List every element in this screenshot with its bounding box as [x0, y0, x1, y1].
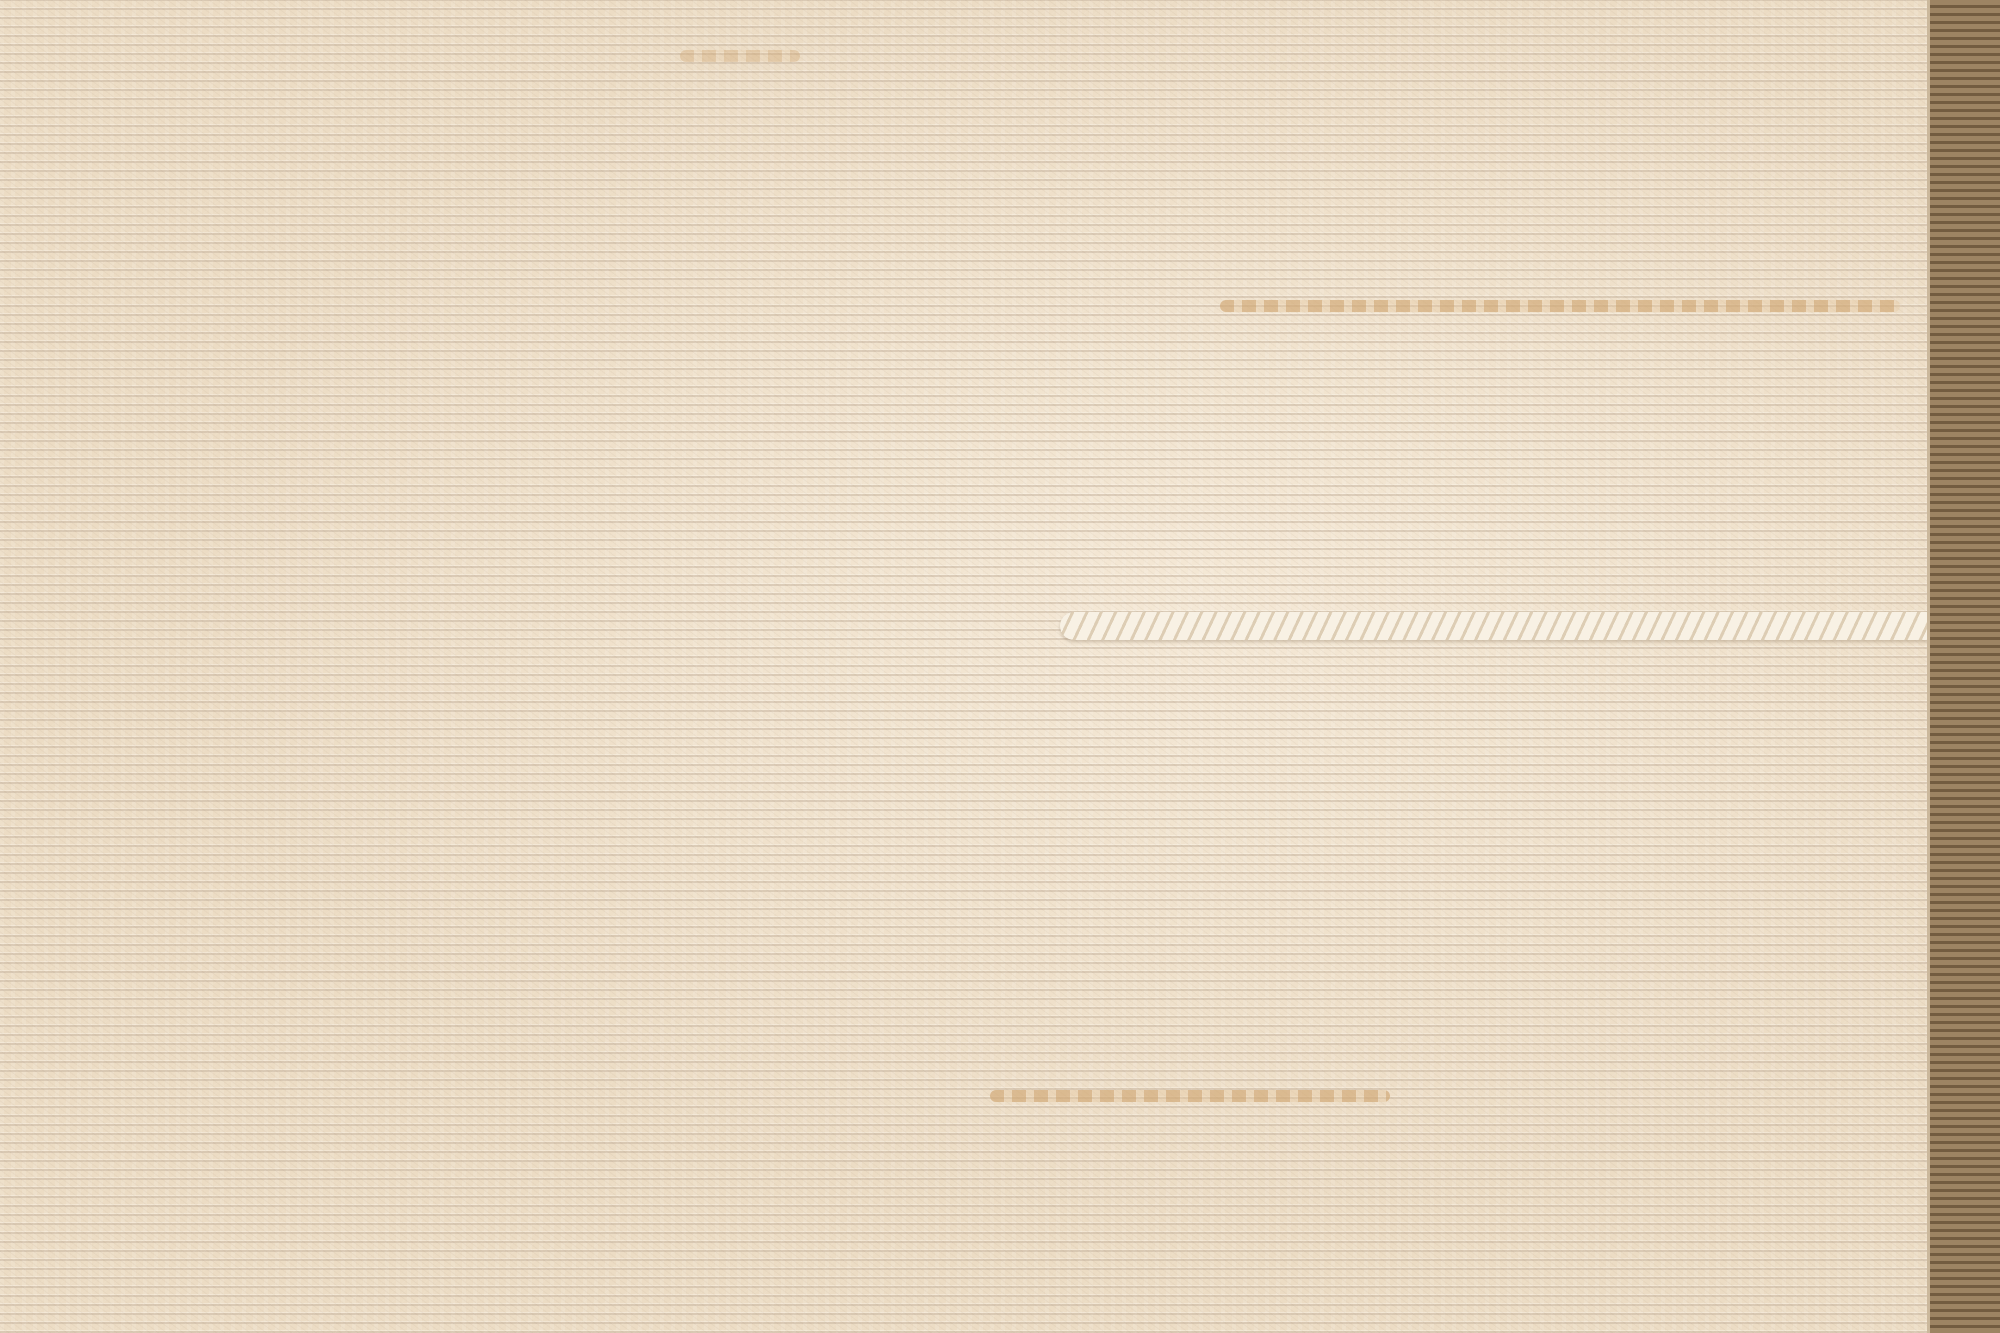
wool-texture	[0, 0, 2000, 1333]
tan-accent-line	[680, 50, 800, 62]
tan-accent-line	[990, 1090, 1390, 1102]
tan-accent-line	[1220, 300, 1900, 312]
rug-side-border	[1927, 0, 2000, 1333]
rug-photo	[0, 0, 2000, 1333]
braided-cord	[1060, 612, 1940, 640]
